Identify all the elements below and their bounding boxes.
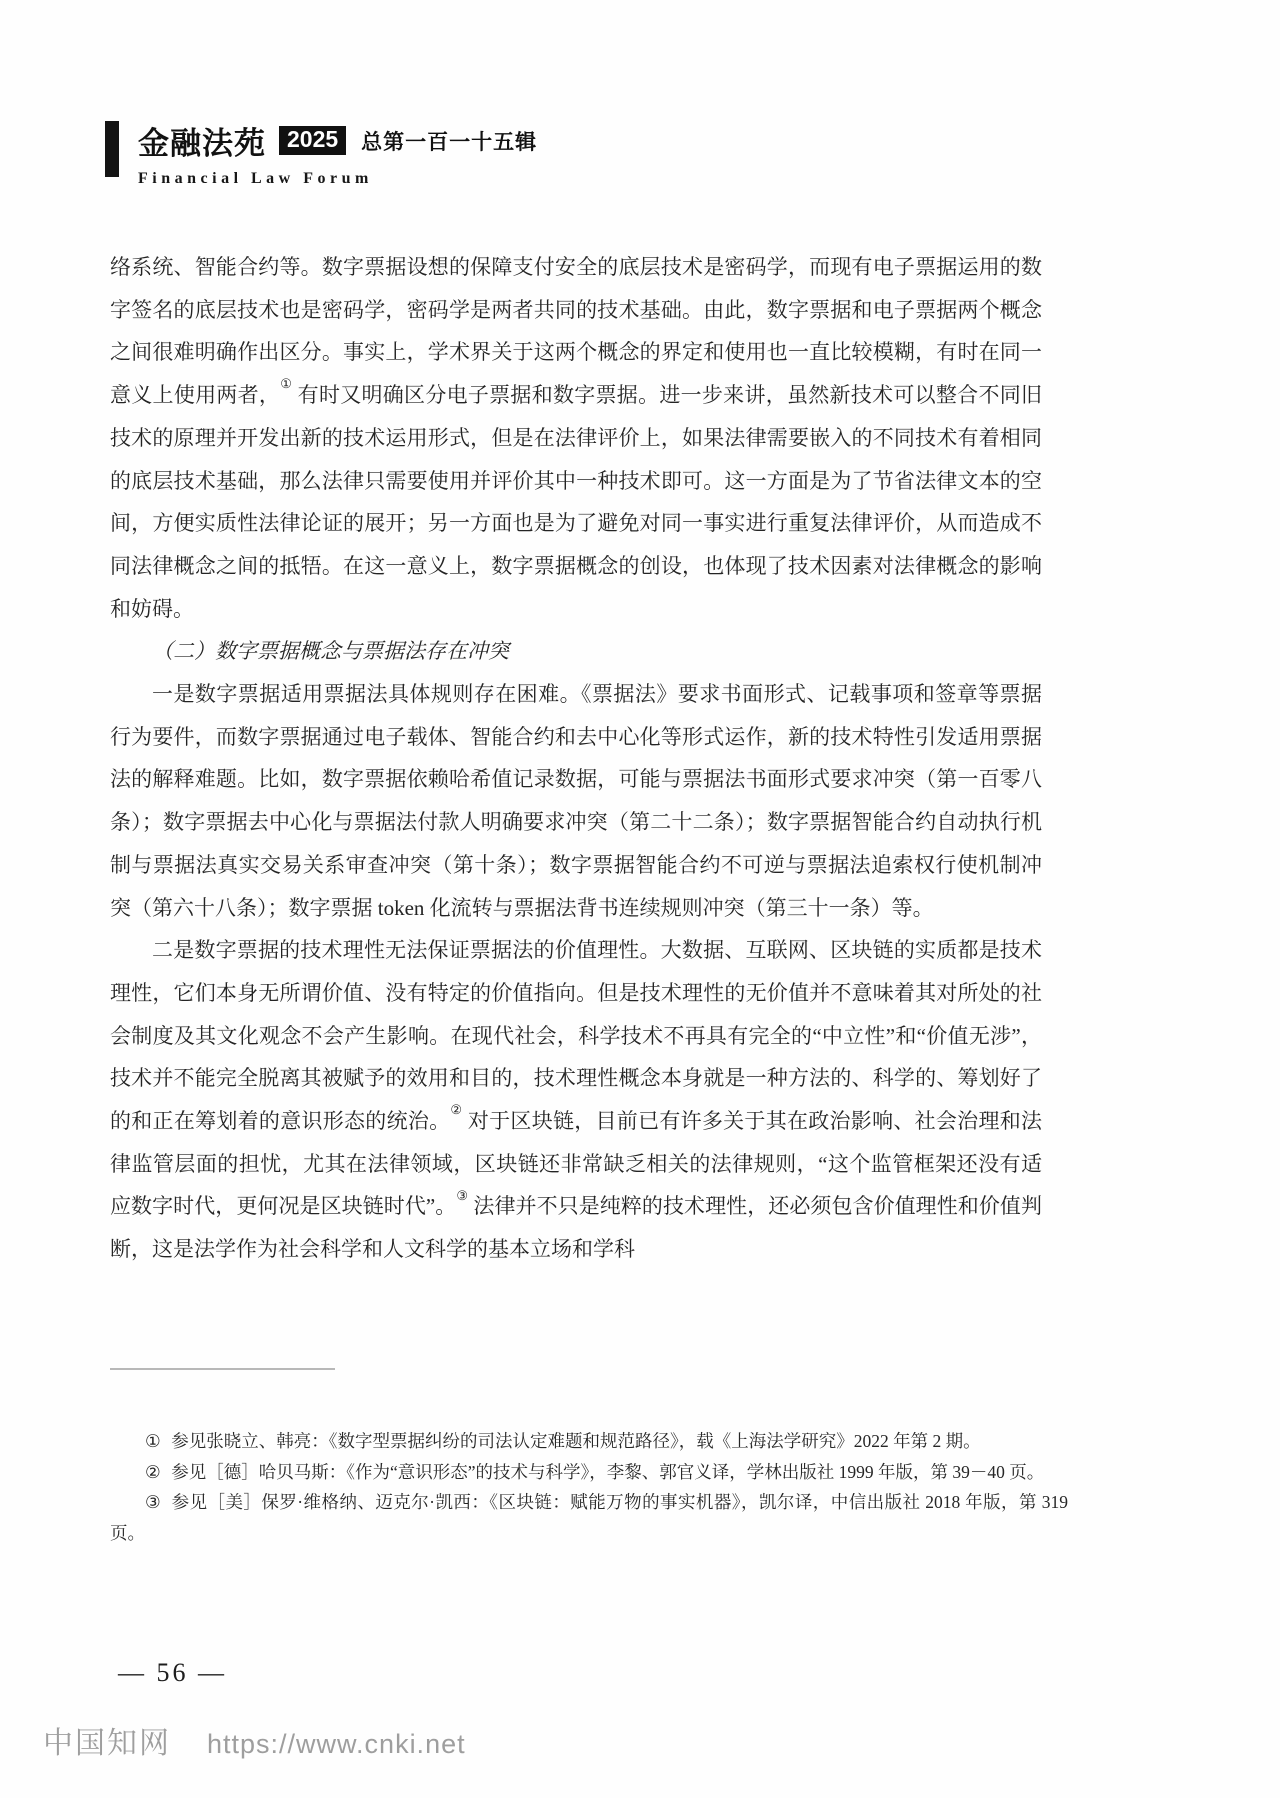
footnotes-list: ①参见张晓立、韩亮：《数字型票据纠纷的司法认定难题和规范路径》，载《上海法学研究… — [110, 1426, 1068, 1548]
journal-title: 金融法苑 — [138, 118, 266, 163]
footnote-item: ③参见［美］保罗·维格纳、迈克尔·凯西：《区块链：赋能万物的事实机器》，凯尔译，… — [110, 1487, 1068, 1548]
journal-subtitle-en: Financial Law Forum — [138, 170, 537, 188]
section-heading: （二）数字票据概念与票据法存在冲突 — [110, 630, 1042, 673]
footnote-text: 参见张晓立、韩亮：《数字型票据纠纷的司法认定难题和规范路径》，载《上海法学研究》… — [171, 1431, 980, 1451]
footnote-text: 参见［德］哈贝马斯：《作为“意识形态”的技术与科学》，李黎、郭官义译，学林出版社… — [171, 1462, 1044, 1482]
document-page: 金融法苑 2025 总第一百一十五辑 Financial Law Forum 络… — [0, 0, 1280, 1798]
footnote-ref: ① — [280, 376, 292, 391]
header-title-row: 金融法苑 2025 总第一百一十五辑 — [138, 118, 537, 163]
footnote-marker: ③ — [145, 1492, 161, 1512]
page-number: — 56 — — [118, 1658, 227, 1688]
volume-label: 总第一百一十五辑 — [361, 126, 537, 156]
paragraph-text: （二）数字票据概念与票据法存在冲突 — [152, 639, 509, 663]
footnote-ref: ③ — [456, 1188, 468, 1203]
paragraph-text: 二是数字票据的技术理性无法保证票据法的价值理性。大数据、互联网、区块链的实质都是… — [110, 938, 1042, 1133]
paragraph-text: 有时又明确区分电子票据和数字票据。进一步来讲，虽然新技术可以整合不同旧技术的原理… — [110, 383, 1042, 621]
watermark-site-url: https://www.cnki.net — [207, 1729, 466, 1760]
footnote-marker: ② — [145, 1462, 161, 1482]
header-main: 金融法苑 2025 总第一百一十五辑 Financial Law Forum — [138, 118, 537, 188]
paragraph-text: 一是数字票据适用票据法具体规则存在困难。《票据法》要求书面形式、记载事项和签章等… — [110, 682, 1042, 920]
paragraph: 一是数字票据适用票据法具体规则存在困难。《票据法》要求书面形式、记载事项和签章等… — [110, 673, 1042, 929]
paragraph: 二是数字票据的技术理性无法保证票据法的价值理性。大数据、互联网、区块链的实质都是… — [110, 929, 1042, 1271]
footnote-ref: ② — [450, 1102, 462, 1117]
year-badge: 2025 — [279, 126, 346, 154]
watermark-site-name: 中国知网 — [43, 1718, 171, 1762]
footnote-divider — [110, 1368, 335, 1370]
paragraph: 络系统、智能合约等。数字票据设想的保障支付安全的底层技术是密码学，而现有电子票据… — [110, 246, 1042, 630]
footnote-text: 参见［美］保罗·维格纳、迈克尔·凯西：《区块链：赋能万物的事实机器》，凯尔译，中… — [110, 1492, 1068, 1543]
header-accent-bar — [105, 121, 119, 177]
watermark: 中国知网 https://www.cnki.net — [43, 1718, 466, 1762]
footnote-item: ②参见［德］哈贝马斯：《作为“意识形态”的技术与科学》，李黎、郭官义译，学林出版… — [110, 1457, 1068, 1488]
footnote-item: ①参见张晓立、韩亮：《数字型票据纠纷的司法认定难题和规范路径》，载《上海法学研究… — [110, 1426, 1068, 1457]
journal-header: 金融法苑 2025 总第一百一十五辑 Financial Law Forum — [105, 118, 537, 188]
footnote-marker: ① — [145, 1431, 161, 1451]
body-text: 络系统、智能合约等。数字票据设想的保障支付安全的底层技术是密码学，而现有电子票据… — [110, 246, 1042, 1271]
